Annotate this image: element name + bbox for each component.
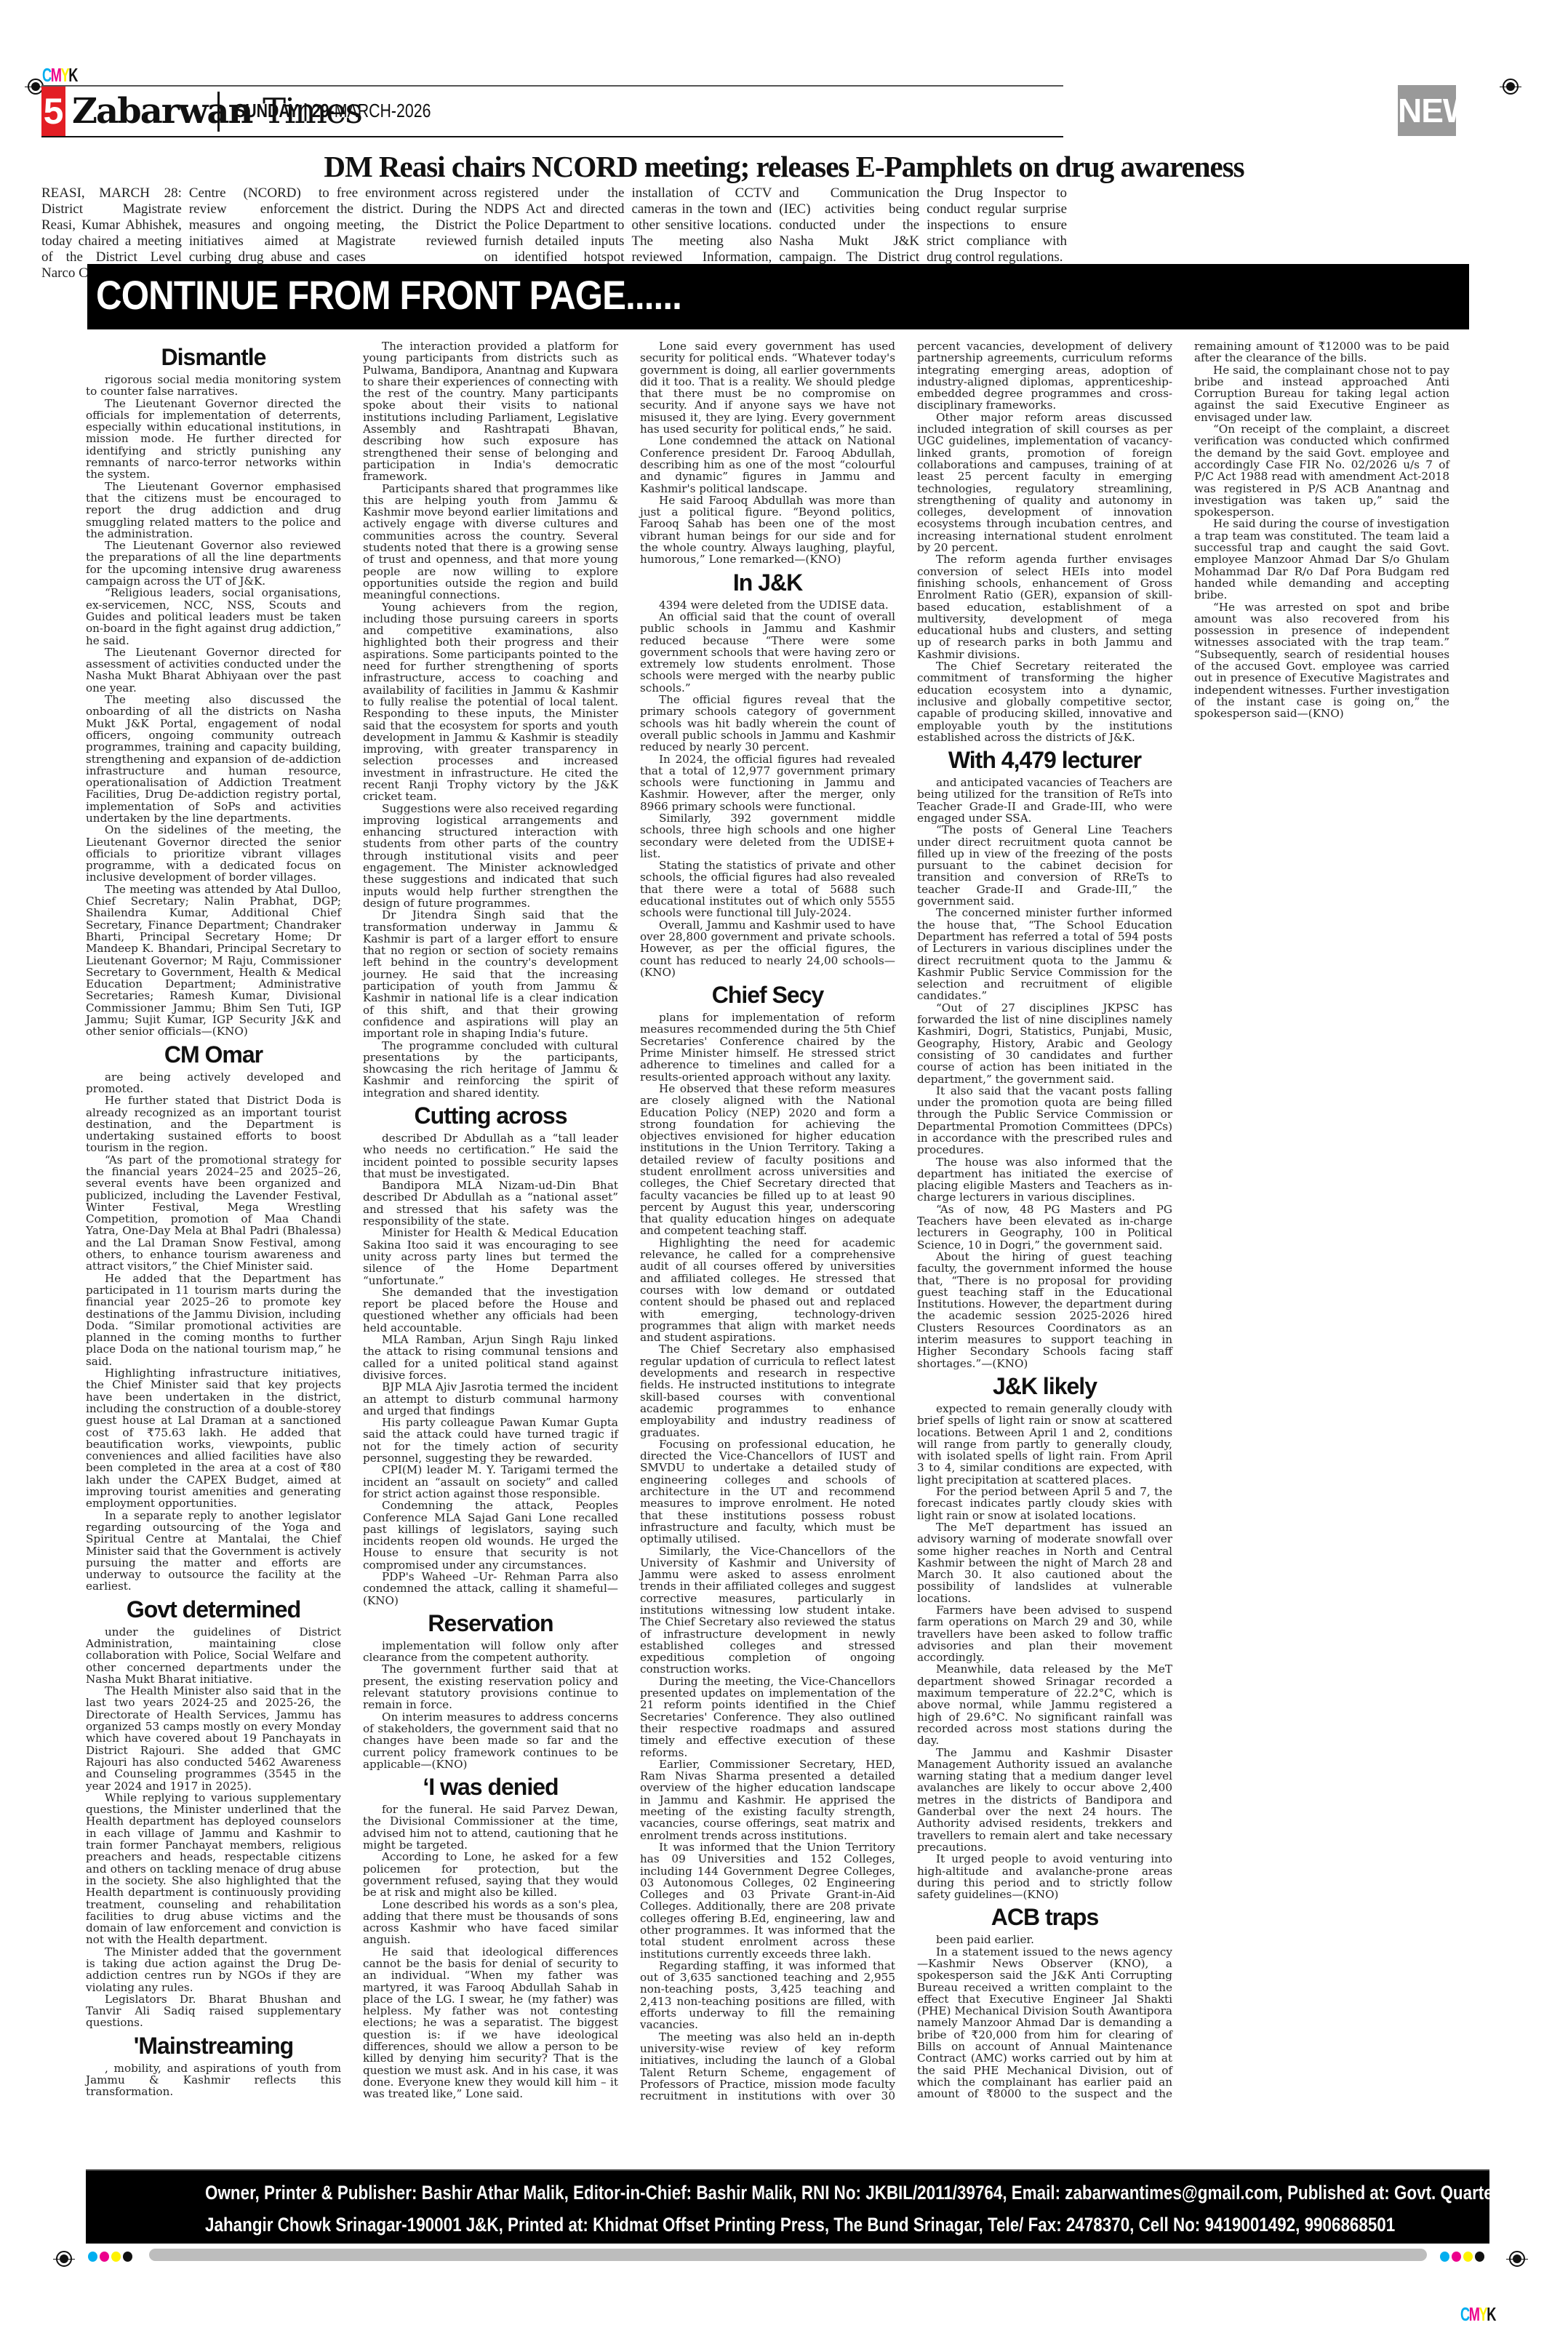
article: Govt determinedunder the guidelines of D… [86,1596,341,2029]
article: Reservationimplementation will follow on… [363,1609,618,1770]
article-paragraph: expected to remain generally cloudy with… [917,1403,1172,1486]
article-paragraph: The interaction provided a platform for … [363,340,618,483]
article-paragraph: plans for implementation of reform measu… [640,1012,895,1083]
article-paragraph: are being actively developed and promote… [86,1071,341,1095]
article-paragraph: Highlighting the need for academic relev… [640,1237,895,1344]
article-paragraph: for the funeral. He said Parvez Dewan, t… [363,1804,618,1851]
article-paragraph: On interim measures to address concerns … [363,1711,618,1770]
article-paragraph: The meeting was attended by Atal Dulloo,… [86,884,341,1038]
article-paragraph: under the guidelines of District Adminis… [86,1626,341,1685]
article-paragraph: Meanwhile, data released by the MeT depa… [917,1663,1172,1746]
imprint-line-1: Owner, Printer & Publisher: Bashir Athar… [205,2177,1370,2209]
yellow-swatch [1463,2252,1473,2262]
article-heading: 'Mainstreaming [86,2032,341,2060]
article-heading: J&K likely [917,1372,1172,1400]
continue-banner: CONTINUE FROM FRONT PAGE...... [87,264,1469,329]
article: Cutting acrossdescribed Dr Abdullah as a… [363,1102,618,1606]
article-paragraph: Highlighting infrastructure initiatives,… [86,1367,341,1510]
magenta-swatch [1452,2252,1461,2262]
color-swatches-right [1440,2251,1487,2261]
black-swatch [1475,2252,1484,2262]
registration-mark-icon [56,2251,72,2267]
article-paragraph: The Chief Secretary also emphasised regu… [640,1343,895,1438]
page-number: 5 [41,87,65,136]
article-paragraph: “He was arrested on spot and bribe amoun… [1194,601,1449,720]
article-paragraph: He said, the complainant chose not to pa… [1194,364,1449,423]
article-paragraph: About the hiring of guest teaching facul… [917,1251,1172,1369]
color-swatches-left [88,2251,135,2261]
registration-mark-icon [1509,2251,1525,2267]
article-paragraph: Stating the statistics of private and ot… [640,860,895,919]
article-paragraph: It urged people to avoid venturing into … [917,1853,1172,1900]
article-paragraph: “On receipt of the complaint, a discreet… [1194,423,1449,518]
article-heading: Cutting across [363,1102,618,1129]
article-paragraph: It was informed that the Union Territory… [640,1841,895,1960]
article-paragraph: The official figures reveal that the pri… [640,694,895,753]
article-paragraph: described Dr Abdullah as a “tall leader … [363,1132,618,1180]
article-paragraph: For the period between April 5 and 7, th… [917,1486,1172,1521]
article-paragraph: He said Farooq Abdullah was more than ju… [640,495,895,566]
article-heading: Chief Secy [640,981,895,1009]
article-paragraph: Condemning the attack, Peoples Conferenc… [363,1500,618,1571]
article-paragraph: It also said that the vacant posts falli… [917,1085,1172,1156]
gray-density-bar [149,2249,1427,2261]
issue-date: SUNDAY | 29-MARCH-2026 [235,100,431,122]
article-paragraph: MLA Ramban, Arjun Singh Raju linked the … [363,1334,618,1381]
black-swatch [123,2252,132,2262]
article: CM Omarare being actively developed and … [86,1041,341,1593]
article-paragraph: “Religious leaders, social organisations… [86,587,341,646]
article-paragraph: During the meeting, the Vice-Chancellors… [640,1676,895,1758]
article-paragraph: His party colleague Pawan Kumar Gupta sa… [363,1417,618,1464]
cyan-swatch [88,2252,97,2262]
article-paragraph: , mobility, and aspirations of youth fro… [86,2062,341,2098]
article-paragraph: Farmers have been advised to suspend far… [917,1604,1172,1663]
article-paragraph: CPI(M) leader M. Y. Tarigami termed the … [363,1464,618,1500]
article-heading: CM Omar [86,1041,341,1068]
article-paragraph: Focusing on professional education, he d… [640,1438,895,1545]
article-paragraph: The government further said that at pres… [363,1663,618,1710]
article-heading: Reservation [363,1609,618,1637]
article-paragraph: The Lieutenant Governor also reviewed th… [86,540,341,587]
article-paragraph: Overall, Jammu and Kashmir used to have … [640,919,895,978]
article-paragraph: Lone described his words as a son's plea… [363,1899,618,1946]
article-heading: In J&K [640,569,895,596]
cmyk-mark-bottom: CMYK [1460,2303,1495,2326]
article-paragraph: “The posts of General Line Teachers unde… [917,824,1172,907]
cmyk-mark-top: CMYK [42,64,77,87]
article-heading: With 4,479 lecturer [917,746,1172,774]
article-paragraph: The Chief Secretary reiterated the commi… [917,660,1172,743]
article-paragraph: and anticipated vacancies of Teachers ar… [917,777,1172,824]
article-paragraph: Participants shared that programmes like… [363,483,618,601]
article-paragraph: He observed that these reform measures a… [640,1083,895,1237]
article-paragraph: “Out of 27 disciplines JKPSC has forward… [917,1002,1172,1085]
article-paragraph: The meeting also discussed the onboardin… [86,694,341,824]
article-paragraph: been paid earlier. [917,1934,1172,1945]
article-paragraph: Bandipora MLA Nizam-ud-Din Bhat describe… [363,1180,618,1227]
article-paragraph: BJP MLA Ajiv Jasrotia termed the inciden… [363,1381,618,1417]
article-paragraph: While replying to various supplementary … [86,1792,341,1946]
top-story-headline: DM Reasi chairs NCORD meeting; releases … [0,149,1568,184]
article-paragraph: The Lieutenant Governor emphasised that … [86,481,341,540]
article-paragraph: The Lieutenant Governor directed for ass… [86,647,341,694]
article-paragraph: Similarly, the Vice-Chancellors of the U… [640,1545,895,1676]
article-paragraph: Young achievers from the region, includi… [363,601,618,803]
article-paragraph: Legislators Dr. Bharat Bhushan and Tanvi… [86,1993,341,2029]
article: With 4,479 lecturerand anticipated vacan… [917,746,1172,1369]
article-paragraph: In a separate reply to another legislato… [86,1510,341,1593]
article-paragraph: Earlier, Commissioner Secretary, HED, Ra… [640,1758,895,1841]
article-heading: Dismantle [86,343,341,371]
article-paragraph: In 2024, the official figures had reveal… [640,753,895,812]
imprint-line-2: Jahangir Chowk Srinagar-190001 J&K, Prin… [205,2209,1370,2241]
article-paragraph: Dr Jitendra Singh said that the transfor… [363,909,618,1039]
article-paragraph: “As part of the promotional strategy for… [86,1154,341,1273]
registration-mark-icon [1503,79,1519,95]
article-paragraph: The Minister added that the government i… [86,1946,341,1993]
article-paragraph: The concerned minister further informed … [917,907,1172,1001]
article-paragraph: The Lieutenant Governor directed the off… [86,398,341,481]
imprint-footer: Owner, Printer & Publisher: Bashir Athar… [86,2169,1489,2244]
article-paragraph: The Jammu and Kashmir Disaster Managemen… [917,1747,1172,1854]
article-paragraph: The MeT department has issued an advisor… [917,1521,1172,1604]
article-paragraph: Lone said every government has used secu… [640,340,895,435]
article: In J&K4394 were deleted from the UDISE d… [640,569,895,979]
article-paragraph: He said that ideological differences can… [363,1946,618,2100]
article-paragraph: According to Lone, he asked for a few po… [363,1851,618,1898]
article-paragraph: rigorous social media monitoring system … [86,374,341,398]
article-heading: Govt determined [86,1596,341,1623]
article-paragraph: “As of now, 48 PG Masters and PG Teacher… [917,1204,1172,1251]
article-paragraph: implementation will follow only after cl… [363,1640,618,1664]
article-paragraph: On the sidelines of the meeting, the Lie… [86,824,341,883]
section-tag: NEWS [1398,85,1456,136]
article-paragraph: Similarly, 392 government middle schools… [640,812,895,860]
article-paragraph: The Health Minister also said that in th… [86,1685,341,1792]
article-paragraph: The programme concluded with cultural pr… [363,1040,618,1099]
article-paragraph: Minister for Health & Medical Education … [363,1227,618,1286]
article-paragraph: Lone condemned the attack on National Co… [640,435,895,494]
article-heading: ACB traps [917,1903,1172,1931]
article-paragraph: The reform agenda further envisages conv… [917,553,1172,660]
cyan-swatch [1440,2252,1449,2262]
masthead: 5 Zabarwan Times SUNDAY | 29-MARCH-2026 [41,85,1063,137]
article-paragraph: Suggestions were also received regarding… [363,803,618,910]
magenta-swatch [100,2252,109,2262]
article-paragraph: Other major reform areas discussed inclu… [917,412,1172,554]
article-paragraph: She demanded that the investigation repo… [363,1286,618,1334]
article-paragraph: Regarding staffing, it was informed that… [640,1960,895,2031]
article-paragraph: He added that the Department has partici… [86,1273,341,1367]
article-paragraph: 4394 were deleted from the UDISE data. [640,599,895,611]
article-paragraph: He further stated that District Doda is … [86,1095,341,1153]
article-paragraph: He said during the course of investigati… [1194,518,1449,601]
article: J&K likelyexpected to remain generally c… [917,1372,1172,1900]
article-paragraph: PDP's Waheed –Ur- Rehman Parra also cond… [363,1571,618,1606]
article: Dismantlerigorous social media monitorin… [86,343,341,1038]
continued-articles: Dismantlerigorous social media monitorin… [86,340,1449,2108]
article-paragraph: An official said that the count of overa… [640,611,895,694]
article-heading: ‘I was denied [363,1773,618,1801]
article-paragraph: The house was also informed that the dep… [917,1156,1172,1204]
masthead-divider [217,92,220,132]
yellow-swatch [111,2252,121,2262]
